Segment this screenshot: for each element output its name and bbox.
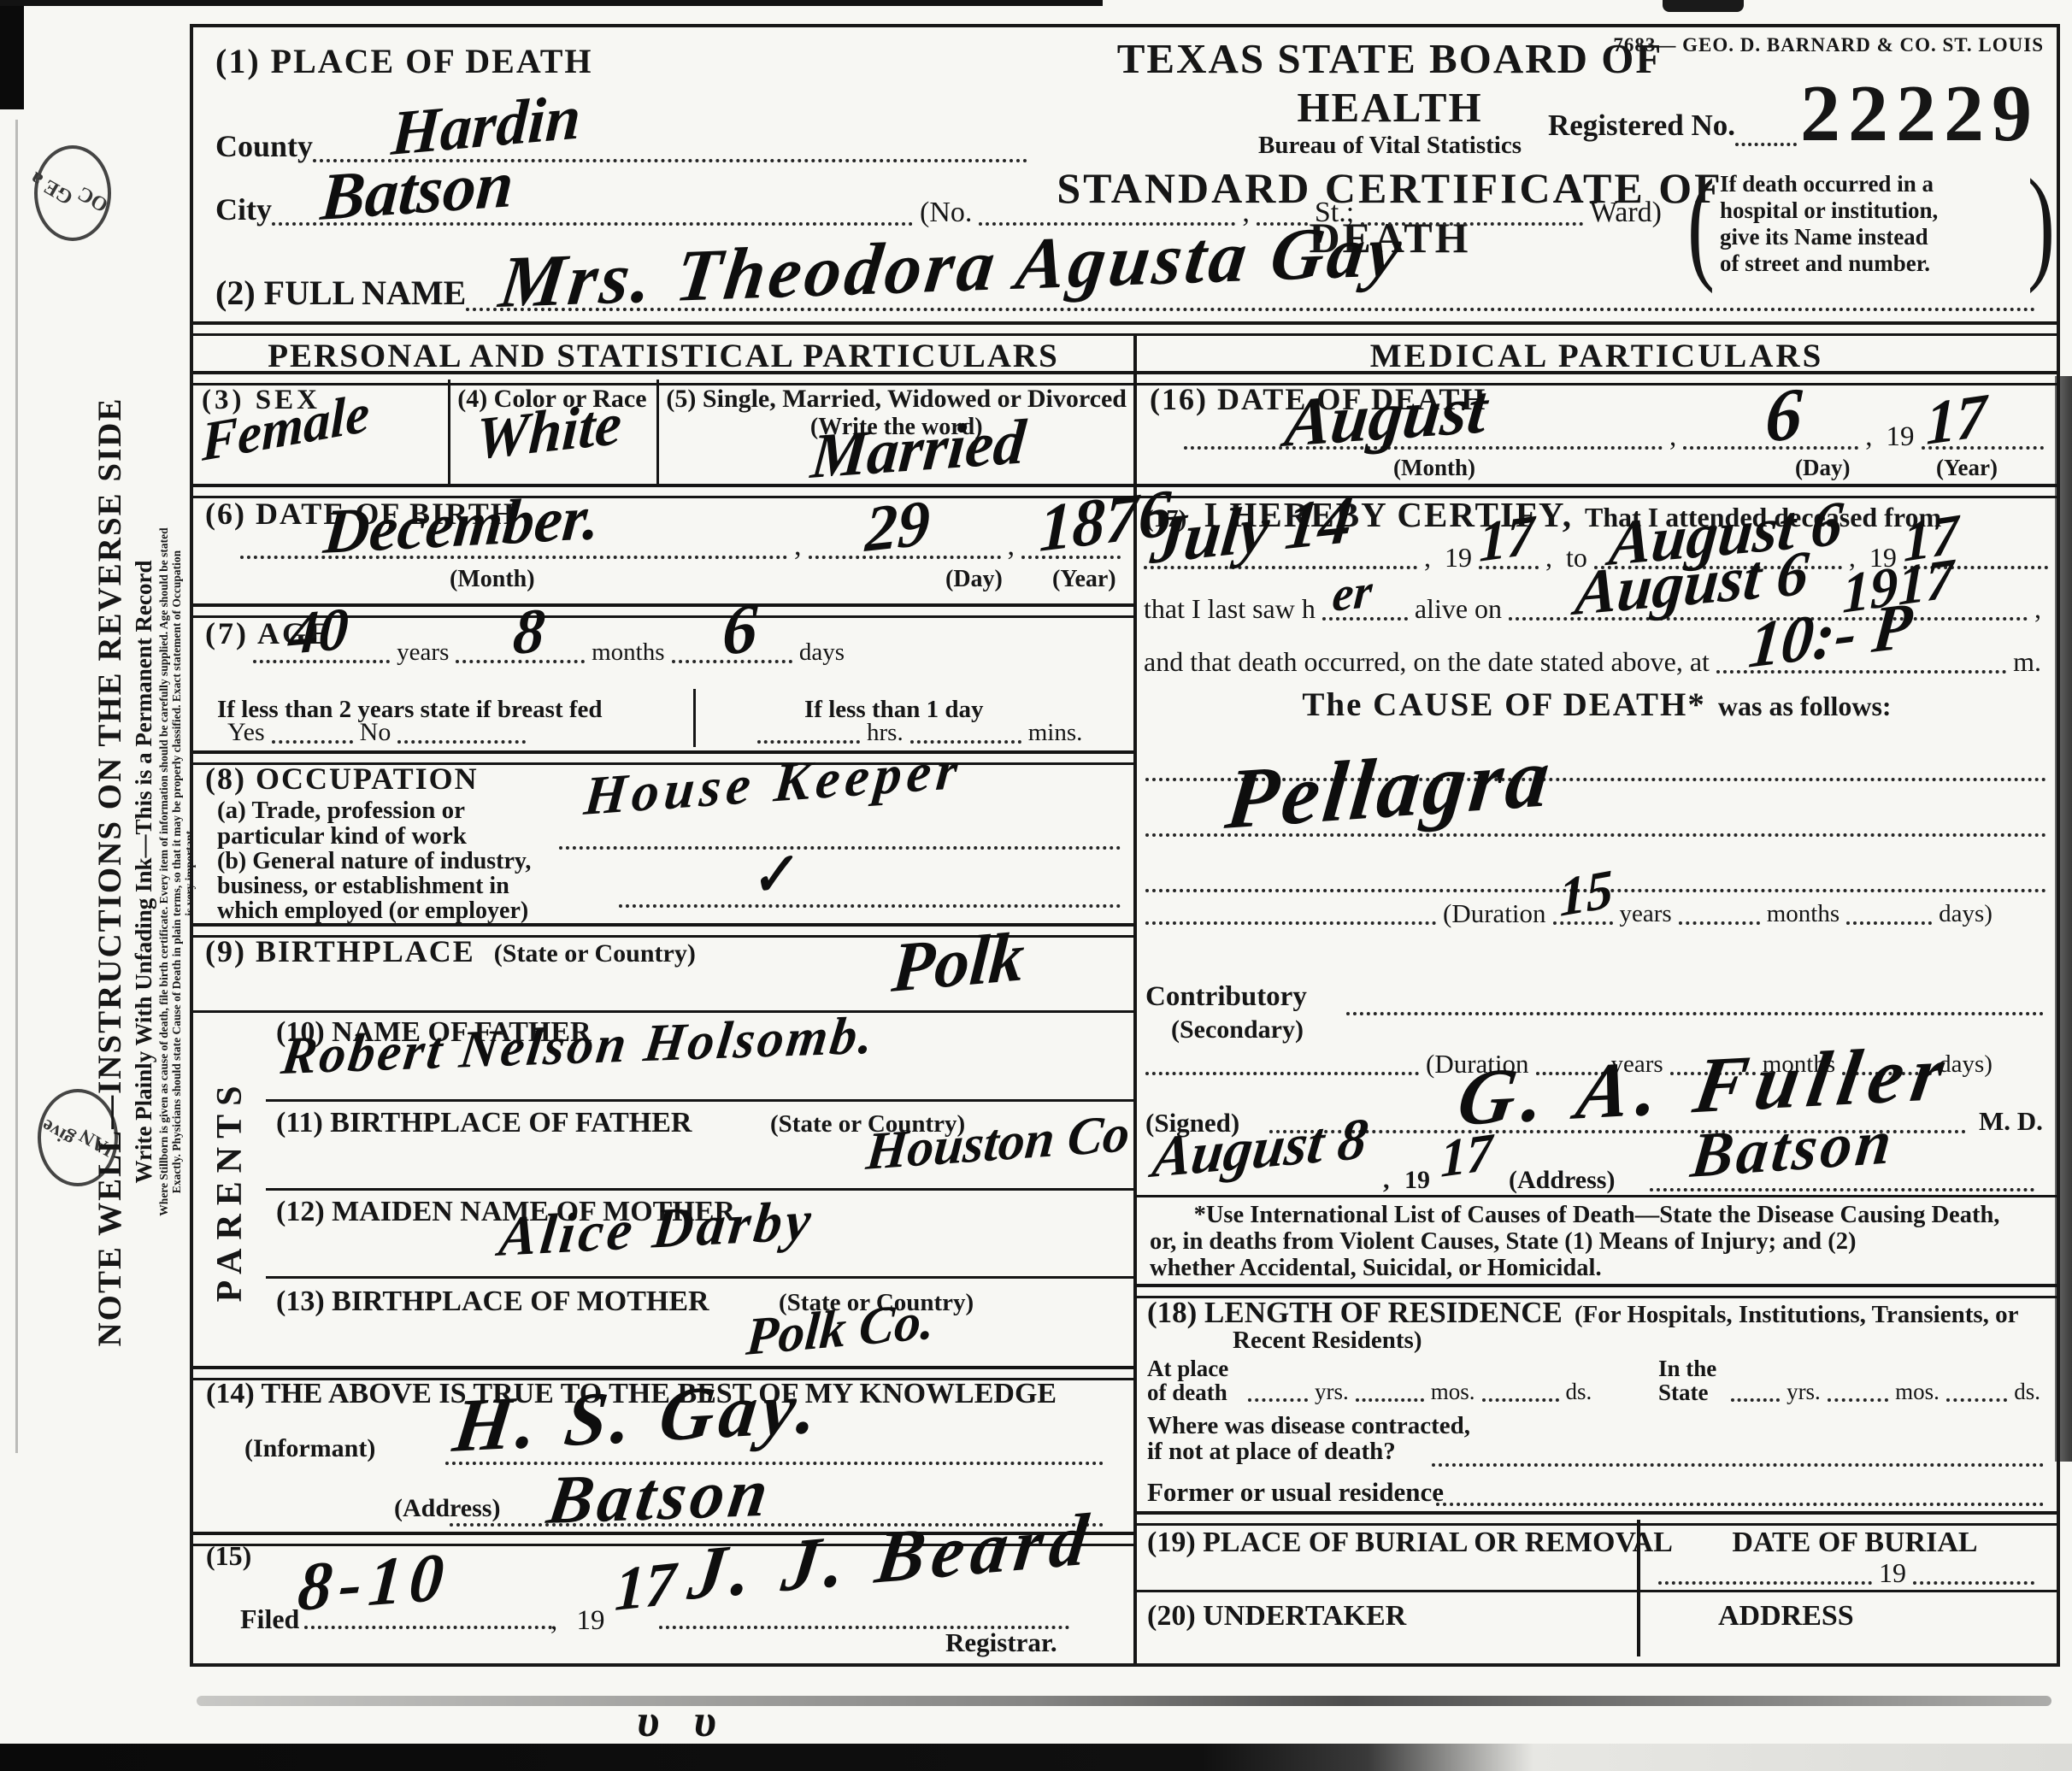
dob-comma-1: , (787, 532, 809, 561)
at-place-label-1: At place (1147, 1356, 1228, 1382)
hospital-note-line-1: If death occurred in a (1720, 171, 2022, 197)
duration-label: (Duration (1436, 900, 1553, 927)
signed-19: 19 (1404, 1166, 1430, 1194)
dod-year-leader: 17 (1922, 421, 2045, 450)
scanned-death-certificate: υυ GE a OC give JAN NOTE WELL—INSTRUCTIO… (0, 0, 2072, 1771)
cause-footnote-line-1: *Use International List of Causes of Dea… (1150, 1202, 2044, 1228)
father-birthplace-row: (11) BIRTHPLACE OF FATHER (State or Coun… (266, 1102, 1133, 1191)
dod-day-leader: 6 (1683, 421, 1858, 450)
dob-year-sublabel: (Year) (1052, 566, 1116, 593)
dod-month-sublabel: (Month) (1393, 455, 1475, 481)
residence-sublabel-2: Recent Residents) (1233, 1327, 1422, 1355)
death-time-leader: 10:- P (1716, 644, 2006, 674)
age-years-word: years (390, 640, 456, 665)
registered-number-row: Registered No. 22229 (1548, 82, 2040, 146)
filed-section-number: (15) (206, 1540, 251, 1572)
signed-address-label: (Address) (1509, 1166, 1615, 1195)
attended-from-handwritten: July 14 (1148, 487, 1356, 573)
age-days-word: days (792, 640, 851, 665)
stamp-top-text-1: GE a (27, 167, 77, 208)
undertaker-label: (20) UNDERTAKER (1147, 1600, 1406, 1633)
signed-rule (1137, 1195, 2057, 1197)
ap-ds-label: ds. (1559, 1380, 1599, 1403)
residence-label-row: (18) LENGTH OF RESIDENCE (For Hospitals,… (1147, 1296, 2019, 1330)
filed-year-handwritten: 17 (614, 1554, 677, 1620)
former-residence-label: Former or usual residence (1147, 1477, 1444, 1508)
age-years-leader: 40 (253, 634, 390, 663)
sex-color-marital-row: (3) SEX Female (4) Color or Race White (… (193, 379, 1133, 484)
dod-comma-1: , (1663, 423, 1683, 451)
mother-name-row: (12) MAIDEN NAME OF MOTHER Alice Darby (266, 1191, 1133, 1280)
personal-particulars-column: PERSONAL AND STATISTICAL PARTICULARS (3)… (193, 333, 1137, 1663)
scan-pen-loops: υυ (637, 1694, 765, 1745)
birthplace-handwritten: Polk (890, 923, 1027, 1002)
age-months-handwritten: 8 (511, 601, 547, 663)
dob-day-leader: 29 (809, 530, 1001, 559)
marital-label: (5) Single, Married, Widowed or Divorced (666, 385, 1127, 414)
margin-note-medium: Write Plainly With Unfading Ink—This is … (130, 26, 157, 1718)
informant-address-handwritten: Batson (544, 1460, 776, 1533)
burial-date-label: DATE OF BURIAL (1667, 1527, 2043, 1559)
sex-cell: (3) SEX Female (193, 379, 450, 484)
father-name-row: (10) NAME OF FATHER Robert Nelson Holsom… (266, 1013, 1133, 1102)
dod-line: August , 6 , 19 17 (1184, 426, 2044, 450)
dod-day-sublabel: (Day) (1795, 455, 1850, 481)
county-label: County (215, 128, 313, 164)
hospital-note-line-3: give its Name instead (1720, 224, 2022, 250)
st-mos-label: mos. (1888, 1380, 1946, 1403)
duration-lead-leader (1145, 896, 1436, 925)
duration-years-word: years (1613, 902, 1679, 927)
death-time-handwritten: 10:- P (1746, 594, 1915, 677)
contributory-sublabel: (Secondary) (1171, 1015, 1304, 1044)
city-row: City Batson (No. , St.; Ward) (215, 174, 1669, 226)
occupation-b-label-1: (b) General nature of industry, (217, 848, 531, 875)
attended-comma-1: , (1417, 544, 1438, 571)
residence-rule (1137, 1511, 2057, 1526)
st-yrs-label: yrs. (1780, 1380, 1828, 1403)
cause-footnote-line-3: whether Accidental, Suicidal, or Homicid… (1150, 1255, 2044, 1281)
registered-number: 22229 (1800, 82, 2040, 146)
filed-leader (304, 1626, 552, 1629)
cause-of-death-handwritten: Pellagra (1222, 735, 1557, 840)
duration2-lead-leader (1145, 1046, 1419, 1075)
former-residence-leader (1436, 1503, 2044, 1506)
yes-label: Yes (227, 720, 272, 745)
attended-19a: 19 (1438, 544, 1479, 571)
birthplace-label: (9) BIRTHPLACE (205, 934, 475, 968)
age-days-handwritten: 6 (721, 594, 759, 665)
death-occurred-text: and that death occurred, on the date sta… (1144, 648, 1716, 675)
no-leader (397, 715, 526, 744)
margin-note-big: NOTE WELL—INSTRUCTIONS ON THE REVERSE SI… (91, 26, 130, 1718)
color-race-value-handwritten: White (474, 396, 623, 468)
color-race-cell: (4) Color or Race White (450, 379, 659, 484)
yes-leader (272, 715, 353, 744)
in-the-label-2: State (1658, 1380, 1708, 1406)
death-time-m: m. (2006, 648, 2048, 675)
contracted-label-1: Where was disease contracted, (1147, 1412, 1470, 1440)
contracted-leader (1432, 1463, 2044, 1467)
informant-address-label: (Address) (394, 1494, 500, 1523)
scan-bottom-band (0, 1744, 2072, 1771)
dob-line: December. , 29 , 1876 (240, 535, 1121, 559)
filed-comma: , (550, 1605, 557, 1636)
hrs-mins-line: hrs. mins. (757, 720, 1091, 744)
occupation-label: (8) OCCUPATION (205, 761, 479, 797)
dob-year-leader: 1876 (1021, 530, 1121, 559)
burial-date-line: 19 (1658, 1564, 2034, 1585)
age-months-word: months (585, 640, 671, 665)
hospital-note-line-2: hospital or institution, (1720, 197, 2022, 224)
in-the-label-1: In the (1658, 1356, 1716, 1382)
birthplace-row: (9) BIRTHPLACE (State or Country) (205, 933, 696, 969)
last-saw-er-handwritten: er (1331, 568, 1374, 619)
occupation-a-label-2: particular kind of work (217, 822, 467, 850)
burial-place-label: (19) PLACE OF BURIAL OR REMOVAL (1147, 1527, 1673, 1559)
dob-day-handwritten: 29 (864, 491, 931, 561)
occupation-b-label-2: business, or establishment in (217, 873, 509, 900)
st-mos-leader (1828, 1378, 1888, 1402)
duration-days-leader (1846, 896, 1932, 925)
ap-ds-leader (1482, 1378, 1559, 1402)
death-occurred-line: and that death occurred, on the date sta… (1144, 643, 2048, 674)
signed-year-handwritten: 17 (1440, 1127, 1492, 1186)
registrar-label: Registrar. (945, 1627, 1057, 1658)
occupation-b-checkmark: ✓ (746, 847, 799, 905)
ap-mos-leader (1356, 1378, 1424, 1402)
dod-comma-2: , (1858, 423, 1879, 451)
cause-heading-main: The CAUSE OF DEATH* (1302, 686, 1705, 723)
birthplace-sublabel: (State or Country) (494, 939, 696, 968)
mother-name-handwritten: Alice Darby (497, 1194, 817, 1264)
duration-months-leader (1679, 896, 1760, 925)
dod-year-handwritten: 17 (1926, 385, 1987, 453)
registered-no-leader (1735, 122, 1797, 146)
burial-rule (1137, 1590, 2057, 1592)
md-label: M. D. (1979, 1106, 2043, 1137)
printer-imprint: 7683— GEO. D. BARNARD & CO. ST. LOUIS (1578, 34, 2044, 56)
full-name-leader: Mrs. Theodora Agusta Gay (466, 282, 2036, 311)
burial-date-leader-2 (1913, 1561, 2034, 1585)
full-name-label: (2) FULL NAME (215, 273, 466, 313)
ward-label: Ward) (1583, 198, 1669, 227)
left-margin-notes: GE a OC give JAN NOTE WELL—INSTRUCTIONS … (0, 26, 190, 1718)
dod-19: 19 (1880, 423, 1922, 451)
attended-from-leader: July 14 (1144, 540, 1417, 569)
dob-day-sublabel: (Day) (945, 566, 1003, 593)
last-saw-er-leader: er (1322, 591, 1408, 621)
informant-label: (Informant) (244, 1434, 375, 1463)
last-saw-pre: that I last saw h (1144, 595, 1322, 622)
occupation-b-leader (619, 904, 1121, 908)
duration-line: (Duration 15 years months days) (1145, 899, 2046, 925)
burial-19: 19 (1872, 1559, 1913, 1586)
city-value-handwritten: Batson (319, 152, 515, 229)
dob-comma-2: , (1001, 532, 1022, 561)
personal-title: PERSONAL AND STATISTICAL PARTICULARS (193, 337, 1133, 375)
cause-footnote-line-2: or, in deaths from Violent Causes, State… (1150, 1228, 2044, 1255)
age-line: 40 years 8 months 6 days (253, 638, 851, 663)
occupation-a-leader (559, 846, 1121, 850)
filed-date-handwritten: 8-10 (296, 1544, 453, 1621)
scan-smudge-line (197, 1696, 2051, 1706)
signed-date-handwritten: August 8 (1150, 1110, 1370, 1185)
last-saw-comma: , (2028, 595, 2048, 622)
at-place-line: yrs. mos. ds. (1248, 1381, 1616, 1402)
ap-yrs-label: yrs. (1308, 1380, 1356, 1403)
occupation-a-label-1: (a) Trade, profession or (217, 797, 465, 825)
cause-heading: The CAUSE OF DEATH* was as follows: (1137, 685, 2057, 724)
occupation-b-label-3: which employed (or employer) (217, 897, 528, 925)
hrs-leader (757, 715, 860, 744)
stamp-bottom-text-1: give (36, 1114, 79, 1150)
dob-month-sublabel: (Month) (450, 566, 535, 593)
margin-note-small-2: Exactly. Physicians should state Cause o… (170, 26, 183, 1718)
mother-birthplace-handwritten: Polk Co. (745, 1296, 936, 1363)
filed-19: 19 (577, 1605, 605, 1636)
mins-label: mins. (1021, 721, 1090, 745)
signed-address-handwritten: Batson (1688, 1112, 1898, 1187)
residence-label: (18) LENGTH OF RESIDENCE (1147, 1296, 1563, 1330)
ap-mos-label: mos. (1424, 1380, 1482, 1403)
age-days-leader: 6 (672, 634, 792, 663)
attended-comma-2: , (1539, 544, 1559, 571)
margin-note-small-1: Where Stillborn is given as cause of dea… (157, 26, 170, 1718)
undertaker-address-label: ADDRESS (1718, 1600, 1854, 1633)
burial-date-leader-1 (1658, 1561, 1872, 1585)
st-yrs-leader (1731, 1378, 1780, 1402)
no-label: No (353, 720, 398, 745)
marital-value-handwritten: Married (809, 412, 1027, 487)
contributory-label: Contributory (1145, 981, 1307, 1013)
age-years-handwritten: 40 (287, 601, 350, 663)
in-state-line: yrs. mos. ds. (1731, 1381, 2047, 1402)
city-leader: Batson (272, 197, 913, 226)
parents-strip: PARENTS (193, 1013, 266, 1366)
dod-month-leader: August (1184, 421, 1663, 450)
duration-months-word: months (1760, 902, 1846, 927)
place-of-death-label: (1) PLACE OF DEATH (215, 41, 593, 81)
dod-month-handwritten: August (1282, 377, 1490, 456)
marital-cell: (5) Single, Married, Widowed or Divorced… (659, 379, 1133, 484)
duration-days-word: days) (1932, 902, 1999, 927)
age-subrow-divider (693, 689, 696, 747)
medical-particulars-column: MEDICAL PARTICULARS (16) DATE OF DEATH A… (1137, 333, 2057, 1663)
informant-signature-handwritten: H. S. Gay. (450, 1372, 826, 1463)
contracted-label-2: if not at place of death? (1147, 1438, 1396, 1466)
dod-day-handwritten: 6 (1764, 379, 1804, 453)
city-label: City (215, 191, 272, 227)
at-place-label-2: of death (1147, 1380, 1227, 1406)
mother-birthplace-row: (13) BIRTHPLACE OF MOTHER (State or Coun… (266, 1279, 1133, 1366)
contributory-leader (1346, 1012, 2044, 1015)
full-name-handwritten: Mrs. Theodora Agusta Gay (496, 216, 1408, 318)
st-ds-leader (1946, 1378, 2007, 1402)
duration-value-handwritten: 15 (1557, 863, 1613, 925)
ap-yrs-leader (1248, 1378, 1308, 1402)
parents-group: PARENTS (10) NAME OF FATHER Robert Nelso… (193, 1013, 1133, 1366)
certificate-form: (1) PLACE OF DEATH TEXAS STATE BOARD OF … (190, 24, 2060, 1667)
filed-label: Filed (240, 1603, 299, 1635)
scan-edge-top-line (0, 0, 1103, 6)
age-months-leader: 8 (456, 634, 585, 663)
no-label: (No. (913, 198, 979, 227)
duration-value-leader: 15 (1553, 896, 1613, 925)
hrs-label: hrs. (860, 721, 910, 745)
mother-birthplace-label: (13) BIRTHPLACE OF MOTHER (276, 1286, 709, 1318)
yes-no-line: Yes No (227, 720, 603, 744)
parents-vertical-label: PARENTS (209, 1077, 250, 1302)
county-row: County Hardin (215, 113, 1027, 162)
attended-fromyear-leader: 17 (1479, 540, 1539, 569)
full-name-row: (2) FULL NAME Mrs. Theodora Agusta Gay (215, 251, 2036, 311)
st-ds-label: ds. (2007, 1380, 2047, 1403)
cause-heading-tail: was as follows: (1718, 691, 1892, 721)
dob-month-handwritten: December. (321, 487, 602, 562)
attended-fromyear-handwritten: 17 (1479, 509, 1534, 571)
medical-title: MEDICAL PARTICULARS (1137, 337, 2057, 375)
registered-no-label: Registered No. (1548, 109, 1735, 143)
residence-sublabel-1: (For Hospitals, Institutions, Transients… (1575, 1301, 2019, 1329)
father-birthplace-label: (11) BIRTHPLACE OF FATHER (276, 1107, 692, 1139)
dod-year-sublabel: (Year) (1936, 455, 1998, 481)
last-saw-post: alive on (1408, 595, 1509, 622)
dob-month-leader: December. (240, 530, 787, 559)
signed-comma: , (1383, 1166, 1390, 1194)
scan-blob-top-right (1663, 0, 1744, 12)
cause-footnote: *Use International List of Causes of Dea… (1150, 1202, 2044, 1281)
